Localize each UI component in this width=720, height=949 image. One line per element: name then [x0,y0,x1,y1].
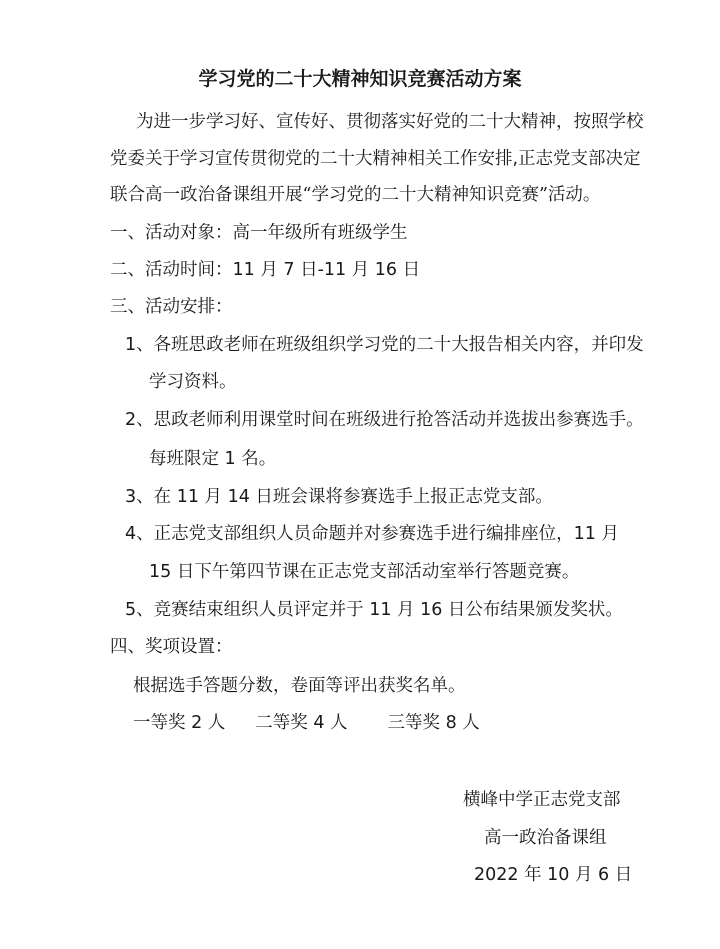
arrangement-item-2-line-2: 每班限定 1 名。 [149,447,276,471]
arrangement-item-3: 3、在 11 月 14 日班会课将参赛选手上报正志党支部。 [125,485,553,509]
intro-line-2: 党委关于学习宣传贯彻党的二十大精神相关工作安排,正志党支部决定 [110,147,641,171]
signature-org-1: 横峰中学正志党支部 [463,788,621,812]
arrangement-item-2-line-1: 2、思政老师利用课堂时间在班级进行抢答活动并选拔出参赛选手。 [125,408,644,432]
arrangement-item-1-line-2: 学习资料。 [149,370,237,394]
intro-line-1: 为进一步学习好、宣传好、贯彻落实好党的二十大精神，按照学校 [136,110,644,134]
section-awards-heading: 四、奖项设置： [110,635,233,659]
intro-line-3: 联合高一政治备课组开展“学习党的二十大精神知识竞赛”活动。 [110,183,600,207]
arrangement-item-4-line-1: 4、正志党支部组织人员命题并对参赛选手进行编排座位，11 月 [125,522,619,546]
signature-date: 2022 年 10 月 6 日 [474,863,632,887]
section-target: 一、活动对象：高一年级所有班级学生 [110,221,408,245]
document-title: 学习党的二十大精神知识竞赛活动方案 [0,66,720,92]
award-third-prize: 三等奖 8 人 [388,713,480,733]
section-arrangement-heading: 三、活动安排： [110,295,233,319]
awards-description: 根据选手答题分数，卷面等评出获奖名单。 [133,674,466,698]
intro-line-3-prefix: 联合高一政治备课组开展 [110,185,303,205]
arrangement-item-1-line-1: 1、各班思政老师在班级组织学习党的二十大报告相关内容，并印发 [125,333,644,357]
intro-quoted-event-name: “学习党的二十大精神知识竞赛” [303,185,548,205]
arrangement-item-4-line-2: 15 日下午第四节课在正志党支部活动室举行答题竞赛。 [149,560,579,584]
intro-line-3-suffix: 活动。 [548,185,601,205]
arrangement-item-5: 5、竞赛结束组织人员评定并于 11 月 16 日公布结果颁发奖状。 [125,598,623,622]
signature-org-2: 高一政治备课组 [484,826,607,850]
award-second-prize: 二等奖 4 人 [255,713,347,733]
award-first-prize: 一等奖 2 人 [133,713,225,733]
section-time: 二、活动时间：11 月 7 日-11 月 16 日 [110,258,420,282]
awards-list: 一等奖 2 人二等奖 4 人三等奖 8 人 [133,711,480,735]
